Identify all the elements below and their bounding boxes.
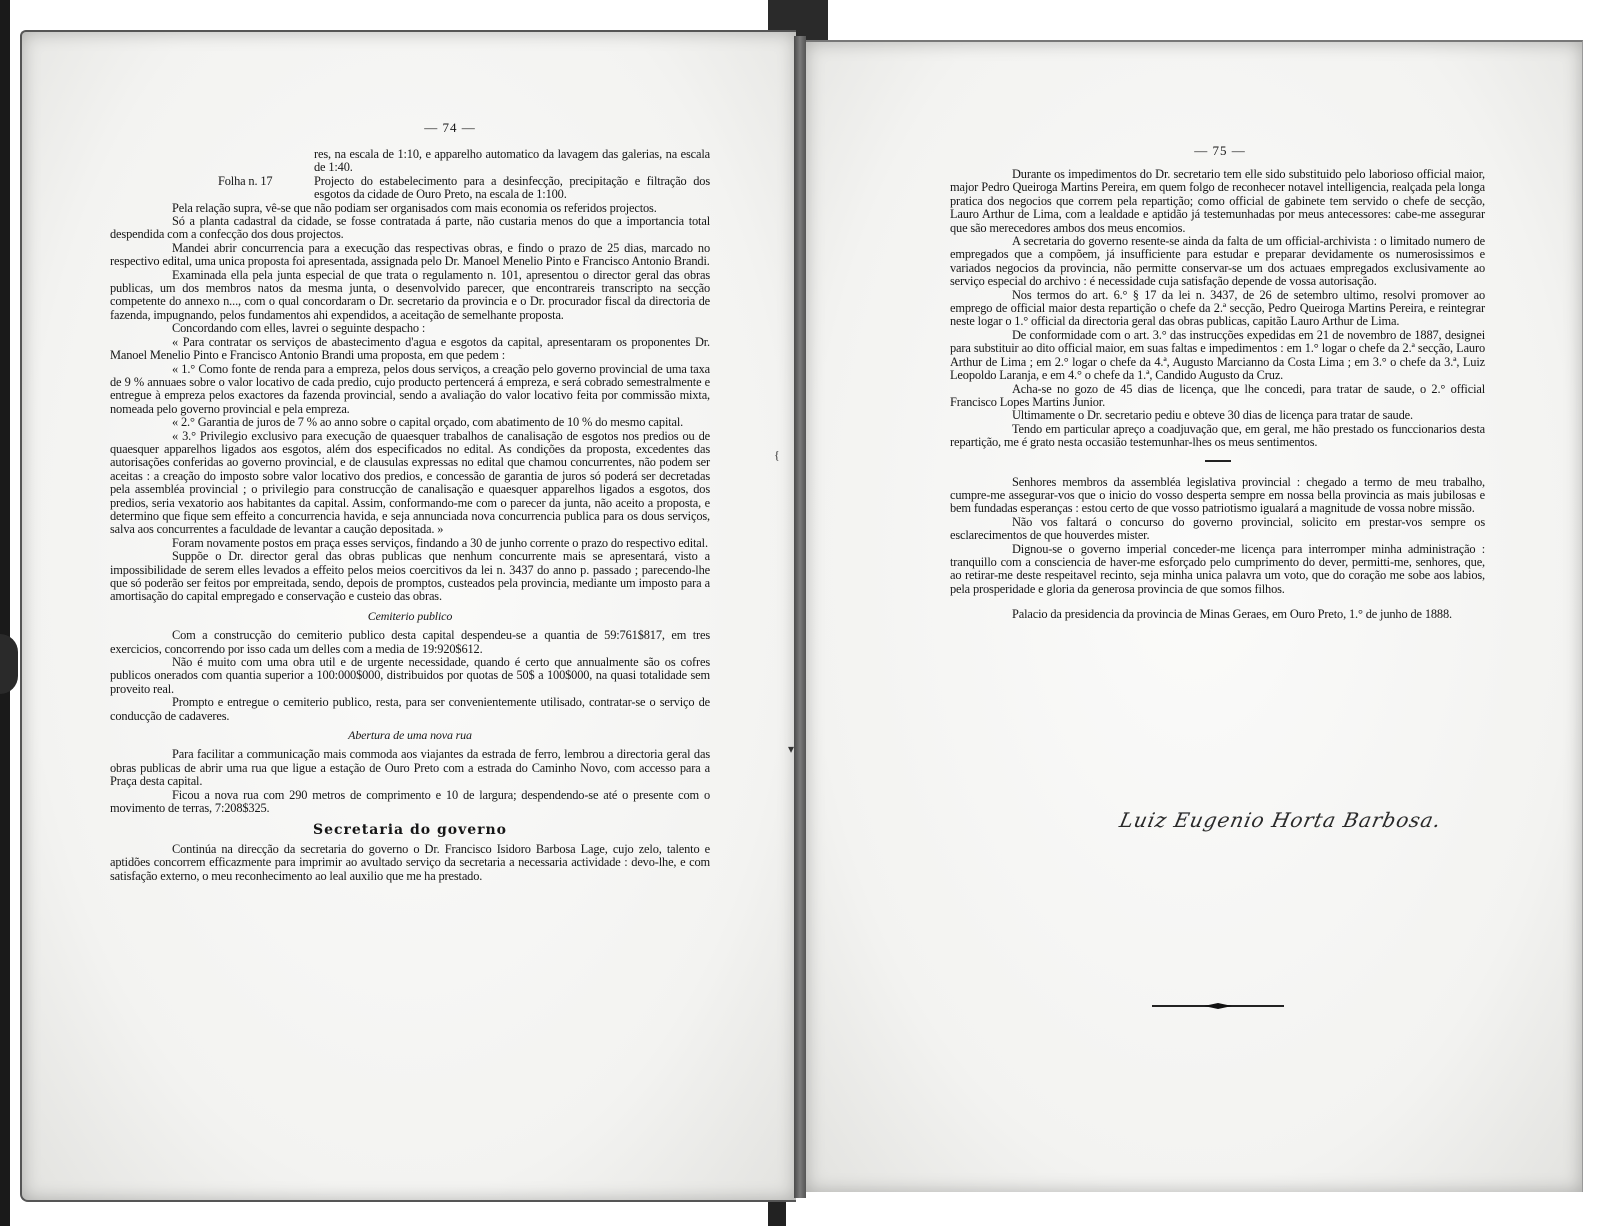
- paragraph: Para facilitar a communicação mais commo…: [110, 748, 710, 788]
- paragraph: Suppõe o Dr. director geral das obras pu…: [110, 550, 710, 604]
- margin-mark: ▾: [788, 742, 794, 757]
- page-number-left: — 74 —: [400, 120, 500, 136]
- folha-text: Projecto do estabelecimento para a desin…: [314, 175, 710, 202]
- paragraph: Não vos faltará o concurso do governo pr…: [950, 516, 1485, 543]
- paragraph: Continúa na direcção da secretaria do go…: [110, 843, 710, 883]
- paragraph: Mandei abrir concurrencia para a execuçã…: [110, 242, 710, 269]
- paragraph: De conformidade com o art. 3.° das instr…: [950, 329, 1485, 383]
- folha-entry: Folha n. 17 Projecto do estabelecimento …: [110, 175, 710, 202]
- paragraph: Tendo em particular apreço a coadjuvação…: [950, 423, 1485, 450]
- section-heading-cemiterio: Cemiterio publico: [110, 610, 710, 623]
- signature: Luiz Eugenio Horta Barbosa.: [1117, 808, 1452, 832]
- section-heading-rua: Abertura de uma nova rua: [110, 729, 710, 742]
- paragraph: Prompto e entregue o cemiterio publico, …: [110, 696, 710, 723]
- book-gutter: [794, 36, 806, 1198]
- paragraph: « 1.° Como fonte de renda para a empreza…: [110, 363, 710, 417]
- section-divider: [1205, 460, 1231, 462]
- paragraph: « 3.° Privilegio exclusivo para execução…: [110, 430, 710, 537]
- binding-tab-bottom: [768, 1200, 786, 1226]
- paragraph: Dignou-se o governo imperial conceder-me…: [950, 543, 1485, 597]
- paragraph: « 2.° Garantia de juros de 7 % ao anno s…: [110, 416, 710, 429]
- paragraph: Ultimamente o Dr. secretario pediu e obt…: [950, 409, 1485, 422]
- paragraph: Ficou a nova rua com 290 metros de compr…: [110, 789, 710, 816]
- page-clip-notch: [0, 634, 18, 694]
- section-heading-secretaria: Secretaria do governo: [110, 824, 710, 837]
- end-ornament-rule: [1152, 1003, 1284, 1009]
- paragraph: Nos termos do art. 6.° § 17 da lei n. 34…: [950, 289, 1485, 329]
- paragraph: Não é muito com uma obra util e de urgen…: [110, 656, 710, 696]
- paragraph: Foram novamente postos em praça esses se…: [110, 537, 710, 550]
- paragraph: Durante os impedimentos do Dr. secretari…: [950, 168, 1485, 235]
- paragraph: Examinada ella pela junta especial de qu…: [110, 269, 710, 323]
- paragraph: Senhores membros da assembléa legislativ…: [950, 476, 1485, 516]
- paragraph: « Para contratar os serviços de abasteci…: [110, 336, 710, 363]
- paragraph: Pela relação supra, vê-se que não podiam…: [110, 202, 710, 215]
- paragraph: Concordando com elles, lavrei o seguinte…: [110, 322, 710, 335]
- paragraph: Acha-se no gozo de 45 dias de licença, q…: [950, 383, 1485, 410]
- list-continuation: res, na escala de 1:10, e apparelho auto…: [110, 148, 710, 175]
- paragraph: A secretaria do governo resente-se ainda…: [950, 235, 1485, 289]
- folha-label: Folha n. 17: [110, 175, 314, 202]
- paragraph: Só a planta cadastral da cidade, se foss…: [110, 215, 710, 242]
- right-page-text: Durante os impedimentos do Dr. secretari…: [950, 168, 1485, 622]
- left-page-text: res, na escala de 1:10, e apparelho auto…: [110, 148, 710, 883]
- scan-edge-left: [0, 0, 10, 1226]
- closing-dateline: Palacio da presidencia da provincia de M…: [950, 608, 1485, 621]
- paragraph: Com a construcção do cemiterio publico d…: [110, 629, 710, 656]
- page-number-right: — 75 —: [1170, 143, 1270, 159]
- margin-mark: {: [774, 448, 780, 463]
